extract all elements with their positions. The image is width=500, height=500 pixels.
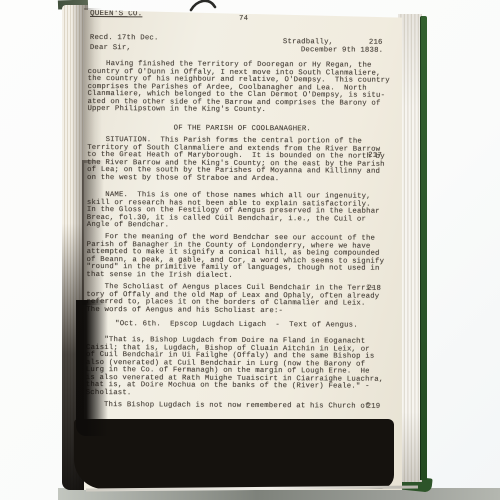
redaction-block [74,419,394,489]
margin-number-217: 217 [368,153,382,161]
closing-line: This Bishop Lugdach is not now remembere… [86,402,370,411]
book-photograph: QUEEN'S CO. 74 Recd. 17th Dec. Stradball… [0,0,500,500]
date-line: December 9th 1838. [301,47,383,55]
gutter-shadow-bottom [76,300,108,436]
binding-wire-icon [188,0,222,17]
page-number: 74 [239,16,248,24]
margin-number-218: 218 [367,286,381,294]
paragraph-name: NAME. This is one of those names which a… [87,192,380,231]
paragraph-scholiast: The Scholiast of Aengus places Cuil Bend… [86,284,379,316]
gutter-shadow-top [84,8,102,163]
aengus-text-line: "Oct. 6th. Epscop Lugdach Ligach - Text … [115,321,358,330]
paragraph-situation: SITUATION. This Parish forms the central… [87,137,385,184]
paragraph-meaning: For the meaning of the word Bendchar see… [86,234,384,281]
gutter-shadow-middle [82,160,104,305]
paragraph-intro: Having finished the Territory of Doorega… [87,61,390,115]
green-cover-edge [420,16,427,480]
paragraph-quote: "That is, Bishop Lugdach from Doire na F… [86,337,384,399]
section-heading: OF THE PARISH OF COOLBANAGHER. [83,125,401,134]
book-page: QUEEN'S CO. 74 Recd. 17th Dec. Stradball… [84,8,402,490]
margin-number-219: 219 [367,404,381,412]
